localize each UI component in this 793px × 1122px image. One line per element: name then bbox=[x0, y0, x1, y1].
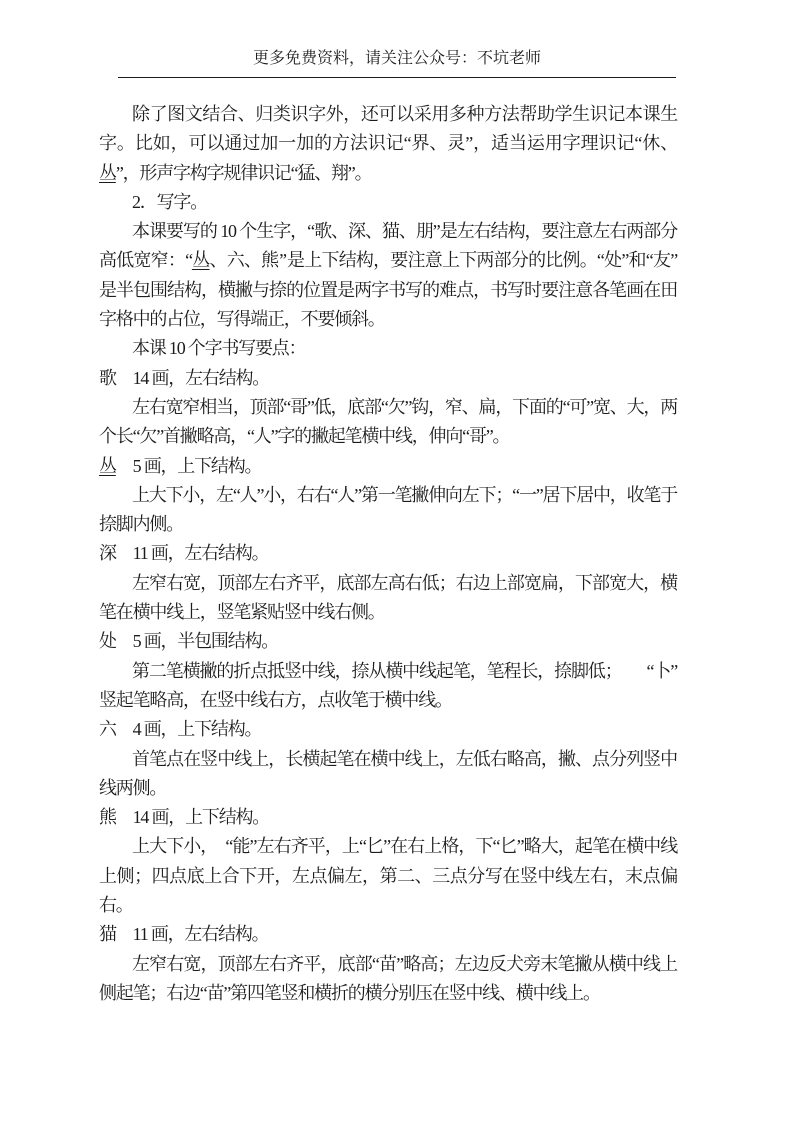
char-entry-heading-shen: 深 11 画，左右结构。 bbox=[99, 539, 677, 568]
paragraph-chu-detail: 第二笔横撇的折点抵竖中线，捺从横中线起笔，笔程长，捺脚低； “卜”竖起笔略高，在… bbox=[99, 657, 677, 716]
char-entry-heading-mao: 猫 11 画，左右结构。 bbox=[99, 920, 677, 949]
text-run: 本课 10 个字书写要点： bbox=[132, 338, 305, 358]
char-entry-heading-cong: 丛 5 画，上下结构。 bbox=[99, 452, 677, 481]
char-entry-heading-liu: 六 4 画，上下结构。 bbox=[99, 715, 677, 744]
text-run: 猫 11 画，左右结构。 bbox=[99, 924, 268, 944]
text-run: 处 5 画，半包围结构。 bbox=[99, 631, 278, 651]
char-entry-heading-ge: 歌 14 画，左右结构。 bbox=[99, 364, 677, 393]
underlined-char: 丛 bbox=[192, 250, 210, 270]
text-run: 5 画，上下结构。 bbox=[116, 456, 262, 476]
text-run: 2．写字。 bbox=[132, 192, 207, 212]
text-run: 左窄右宽，顶部左右齐平，底部“苗”略高；左边反犬旁末笔撇从横中线上侧起笔；右边“… bbox=[99, 954, 677, 1003]
text-run: 左窄右宽，顶部左右齐平，底部左高右低；右边上部宽扁，下部宽大，横笔在横中线上，竖… bbox=[99, 573, 677, 622]
text-run: 六 4 画，上下结构。 bbox=[99, 719, 261, 739]
text-run: 深 11 画，左右结构。 bbox=[99, 543, 268, 563]
paragraph-liu-detail: 首笔点在竖中线上，长横起笔在横中线上，左低右略高，撇、点分列竖中线两侧。 bbox=[99, 745, 677, 804]
text-run: 熊 14 画，上下结构。 bbox=[99, 807, 269, 827]
underlined-char: 丛 bbox=[99, 163, 116, 183]
paragraph-xiong-detail: 上大下小， “能”左右齐平，上“匕”在右上格，下“匕”略大，起笔在横中线上侧；四… bbox=[99, 832, 677, 920]
text-run: 歌 14 画，左右结构。 bbox=[99, 368, 269, 388]
text-run: ”，形声字构字规律识记“猛、翔”。 bbox=[116, 163, 372, 183]
paragraph-writing-overview: 本课要写的 10 个生字，“歌、深、猫、朋”是左右结构，要注意左右两部分高低宽窄… bbox=[99, 217, 677, 334]
paragraph-cong-detail: 上大下小，左“人”小，右右“人”第一笔撇伸向左下；“一”居下居中，收笔于捺脚内侧… bbox=[99, 481, 677, 540]
paragraph-shen-detail: 左窄右宽，顶部左右齐平，底部左高右低；右边上部宽扁，下部宽大，横笔在横中线上，竖… bbox=[99, 569, 677, 628]
document-body: 除了图文结合、归类识字外，还可以采用多种方法帮助学生识记本课生字。比如，可以通过… bbox=[99, 100, 677, 1008]
text-run: 第二笔横撇的折点抵竖中线，捺从横中线起笔，笔程长，捺脚低； “卜”竖起笔略高，在… bbox=[99, 661, 677, 710]
document-page: 更多免费资料，请关注公众号：不坑老师 除了图文结合、归类识字外，还可以采用多种方… bbox=[0, 0, 793, 1122]
paragraph-writing-heading: 2．写字。 bbox=[99, 188, 677, 217]
paragraph-keypoints-intro: 本课 10 个字书写要点： bbox=[99, 334, 677, 363]
text-run: 首笔点在竖中线上，长横起笔在横中线上，左低右略高，撇、点分列竖中线两侧。 bbox=[99, 749, 677, 798]
paragraph-ge-detail: 左右宽窄相当，顶部“哥”低，底部“欠”钩，窄、扁，下面的“可”宽、大，两个长“欠… bbox=[99, 393, 677, 452]
text-run: 除了图文结合、归类识字外，还可以采用多种方法帮助学生识记本课生字。比如，可以通过… bbox=[99, 104, 677, 153]
page-header: 更多免费资料，请关注公众号：不坑老师 bbox=[118, 48, 676, 78]
header-note: 更多免费资料，请关注公众号：不坑老师 bbox=[253, 50, 541, 67]
text-run: 上大下小， “能”左右齐平，上“匕”在右上格，下“匕”略大，起笔在横中线上侧；四… bbox=[99, 836, 677, 915]
char-entry-heading-xiong: 熊 14 画，上下结构。 bbox=[99, 803, 677, 832]
paragraph-mao-detail: 左窄右宽，顶部左右齐平，底部“苗”略高；左边反犬旁末笔撇从横中线上侧起笔；右边“… bbox=[99, 950, 677, 1009]
underlined-char: 丛 bbox=[99, 456, 116, 476]
paragraph-literacy-methods: 除了图文结合、归类识字外，还可以采用多种方法帮助学生识记本课生字。比如，可以通过… bbox=[99, 100, 677, 188]
text-run: 上大下小，左“人”小，右右“人”第一笔撇伸向左下；“一”居下居中，收笔于捺脚内侧… bbox=[99, 485, 677, 534]
char-entry-heading-chu: 处 5 画，半包围结构。 bbox=[99, 627, 677, 656]
text-run: 左右宽窄相当，顶部“哥”低，底部“欠”钩，窄、扁，下面的“可”宽、大，两个长“欠… bbox=[99, 397, 677, 446]
